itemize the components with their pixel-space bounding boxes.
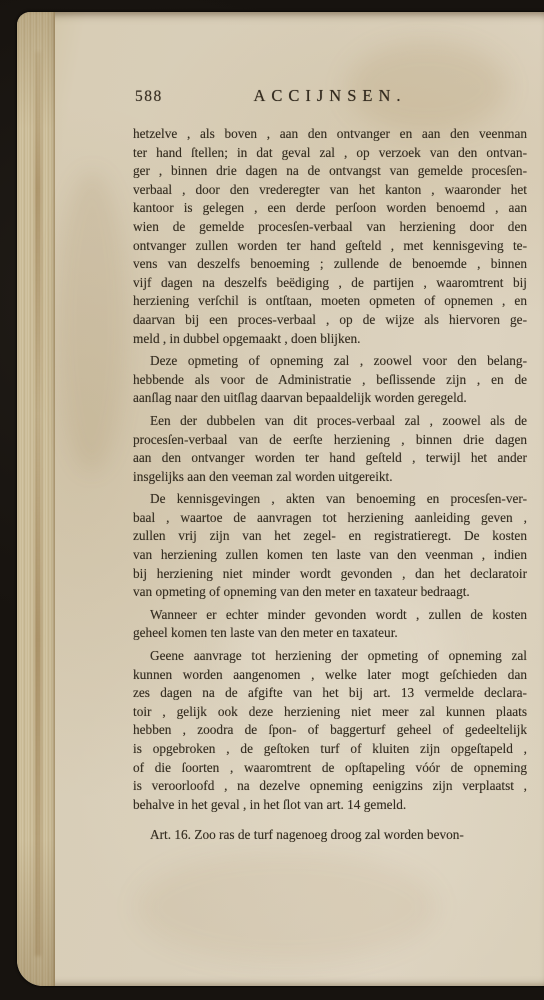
text-line: wien de gemelde procesſen-verbaal van he…: [133, 218, 527, 237]
text-line: ter hand ſtellen; in dat geval zal , op …: [133, 144, 527, 163]
text-line: Geene aanvrage tot herziening der opmeti…: [133, 647, 527, 666]
text-line: meld , in dubbel opgemaakt , doen blijke…: [133, 330, 527, 349]
text-line: zullen vrij zijn van het zegel- en regis…: [133, 527, 527, 546]
text-line: baal , waartoe de aanvragen tot herzieni…: [133, 509, 527, 528]
paragraph: Geene aanvrage tot herziening der opmeti…: [133, 647, 527, 814]
text-line: herziening verſchil is ontſtaan, moeten …: [133, 292, 527, 311]
page-header: 588 ACCIJNSEN.: [133, 86, 527, 108]
paragraph: hetzelve , als boven , aan den ontvanger…: [133, 125, 527, 348]
text-line: hebben , zoodra de ſpon- of baggerturf g…: [133, 721, 527, 740]
text-line: De kennisgevingen , akten van benoeming …: [133, 490, 527, 509]
paragraph: Wanneer er echter minder gevonden wordt …: [133, 606, 527, 643]
text-line: ger , binnen drie dagen na de ontvangst …: [133, 162, 527, 181]
text-line: Art. 16. Zoo ras de turf nagenoeg droog …: [133, 826, 527, 845]
text-line: hetzelve , als boven , aan den ontvanger…: [133, 125, 527, 144]
page-number: 588: [135, 88, 163, 106]
text-line: verbaal , door den vrederegter van het k…: [133, 181, 527, 200]
text-line: van herziening zullen komen ten laste va…: [133, 546, 527, 565]
text-line: hebbende als voor de Administratie , beſ…: [133, 371, 527, 390]
text-line: vijf dagen na deszelfs beëdiging , de pa…: [133, 274, 527, 293]
text-line: of die ſoorten , waaromtrent de opſtapel…: [133, 759, 527, 778]
text-line: Een der dubbelen van dit proces-verbaal …: [133, 412, 527, 431]
text-line: geheel komen ten laste van den meter en …: [133, 624, 527, 643]
text-line: vens van deszelfs benoeming ; zullende d…: [133, 255, 527, 274]
book-scan: 588 ACCIJNSEN. hetzelve , als boven , aa…: [0, 0, 544, 1000]
article-line: Art. 16. Zoo ras de turf nagenoeg droog …: [133, 826, 527, 845]
paper-stain: [137, 852, 437, 962]
text-line: daarvan bij een proces-verbaal , op de w…: [133, 311, 527, 330]
text-line: zes dagen na de afgifte van het bij art.…: [133, 684, 527, 703]
paragraph: Deze opmeting of opneming zal , zoowel v…: [133, 352, 527, 408]
text-line: aanſlag naar den uitſlag daarvan bepaald…: [133, 389, 527, 408]
running-title: ACCIJNSEN.: [133, 86, 527, 106]
text-line: toir , gelijk ook deze herziening niet m…: [133, 703, 527, 722]
paper-stain: [57, 172, 127, 472]
text-line: bij herziening niet minder wordt gevonde…: [133, 565, 527, 584]
text-line: Wanneer er echter minder gevonden wordt …: [133, 606, 527, 625]
text-line: aan den ontvanger worden ter hand geſtel…: [133, 449, 527, 468]
gutter-streak: [35, 52, 41, 956]
text-line: Deze opmeting of opneming zal , zoowel v…: [133, 352, 527, 371]
text-line: insgelijks aan den veeman zal worden uit…: [133, 468, 527, 487]
text-line: is opgebroken , de geſtoken turf of klui…: [133, 740, 527, 759]
text-line: procesſen-verbaal van de eerſte herzieni…: [133, 431, 527, 450]
text-line: behalve in het geval , in het ſlot van a…: [133, 796, 527, 815]
paragraph: De kennisgevingen , akten van benoeming …: [133, 490, 527, 602]
text-line: is veroorloofd , na dezelve opneming een…: [133, 777, 527, 796]
text-line: van opmeting of opneming van den meter e…: [133, 583, 527, 602]
text-line: kantoor is gelegen , een derde perſoon w…: [133, 199, 527, 218]
book-page: 588 ACCIJNSEN. hetzelve , als boven , aa…: [17, 12, 544, 986]
text-block: hetzelve , als boven , aan den ontvanger…: [133, 125, 527, 845]
text-line: ontvanger zullen worden ter hand geſteld…: [133, 237, 527, 256]
paragraph: Een der dubbelen van dit proces-verbaal …: [133, 412, 527, 486]
text-line: kunnen worden aangenomen , welke later m…: [133, 666, 527, 685]
